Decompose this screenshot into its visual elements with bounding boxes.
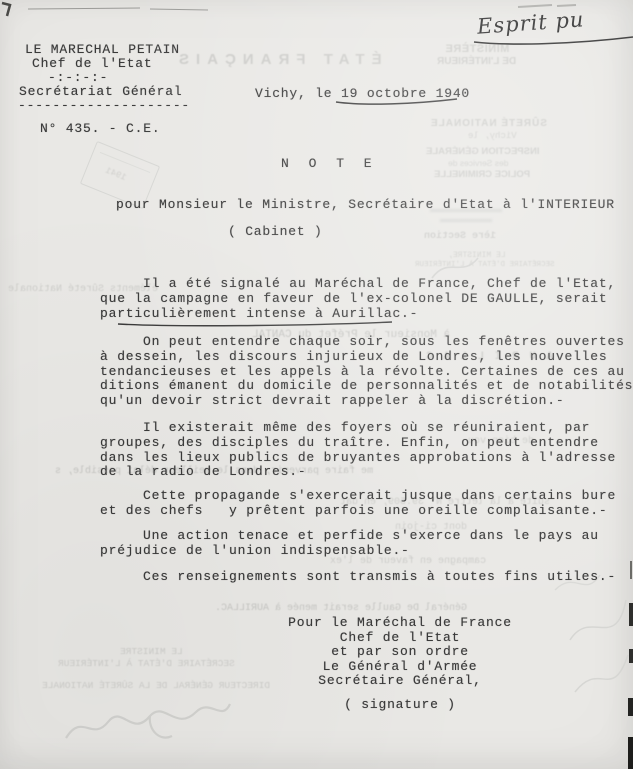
reference-number: N° 435. - C.E. (40, 121, 160, 136)
paragraph-line: Une action tenace et perfide s'exerce da… (100, 529, 599, 544)
paragraph-line: groupes, des disciples du traître. Enfin… (100, 436, 616, 451)
paragraph-line: qu'un devoir strict devrait rappeler à l… (100, 394, 633, 409)
paragraph-line: dans les lieux publics de bruyantes appr… (100, 451, 616, 466)
letterhead-title: Chef de l'Etat (32, 56, 152, 71)
addressee-cabinet: ( Cabinet ) (228, 224, 323, 239)
closing-block: Pour le Maréchal de France Chef de l'Eta… (287, 616, 513, 713)
bleedthrough-signature (66, 704, 230, 738)
bleedthrough-surete: SÛRETÉ NATIONALE (430, 118, 547, 129)
letterhead-separator: -:-:-:- (48, 70, 108, 85)
paragraph-line: de la radio de Londres.- (100, 465, 616, 480)
bleedthrough-scribble (570, 600, 626, 640)
bleedthrough-inspection-line2: des Services de (448, 158, 508, 168)
scan-edge-mark (630, 561, 632, 579)
paragraph-line: à dessein, les discours injurieux de Lon… (100, 350, 633, 365)
closing-line: Pour le Maréchal de France (287, 616, 513, 631)
bleedthrough-ministre-b1: LE MINISTRE (120, 646, 183, 657)
bleedthrough-illegible-bar (440, 219, 492, 222)
paragraph: Ces renseignements sont transmis à toute… (100, 570, 616, 585)
aurillac-underline (118, 322, 392, 326)
paragraph: On peut entendre chaque soir, sous les f… (100, 335, 633, 409)
paragraph-line: On peut entendre chaque soir, sous les f… (100, 335, 633, 350)
addressee-line: pour Monsieur le Ministre, Secrétaire d'… (116, 197, 615, 212)
closing-line: Chef de l'Etat (287, 631, 513, 646)
closing-line: Le Général d'Armée (287, 660, 513, 675)
bleedthrough-section: 1ère Section (424, 231, 496, 242)
bleedthrough-ministry-line1: MINISTÈRE (445, 43, 509, 55)
bleedthrough-ministre-a2: SECRÉTAIRE D'ÉTAT À L'INTÉRIEUR (415, 261, 555, 269)
letterhead-service: Secrétariat Général (19, 84, 182, 99)
bleedthrough-scribble (575, 655, 628, 692)
dateline: Vichy, le 19 octobre 1940 (255, 86, 470, 101)
paragraph-line: particulièrement intense à Aurillac.- (100, 307, 616, 322)
smudge-mark (518, 5, 576, 7)
letterhead-rule: -------------------- (18, 98, 190, 113)
scan-edge-mark (628, 698, 633, 716)
paragraph: Il a été signalé au Maréchal de France, … (100, 277, 616, 321)
paragraph: Une action tenace et perfide s'exerce da… (100, 529, 599, 559)
scan-edge-mark (629, 649, 633, 663)
scan-edge-mark (629, 603, 633, 626)
bleedthrough-ministre-b3: DIRECTEUR GÉNÉRAL DE LA SÛRETÉ NATIONALE (42, 680, 270, 691)
letterhead-sender: LE MARECHAL PETAIN (25, 42, 180, 57)
paragraph-line: et des chefs y prêtent parfois une oreil… (100, 504, 616, 519)
scanned-document-page: MINISTÈRE DE L'INTÉRIEUR ÉTAT FRANÇAIS V… (0, 0, 633, 769)
bleedthrough-stamp-year: 1941 (104, 166, 128, 183)
signature-placeholder: ( signature ) (287, 698, 513, 713)
scan-edge-mark (628, 737, 633, 769)
paragraph-line: ditions émanent du domicile de personnal… (100, 379, 633, 394)
paragraph: Il existerait même des foyers où se réun… (100, 421, 616, 480)
bleedthrough-vichy: Vichy, le (468, 131, 517, 141)
bleedthrough-ministre-a1: LE MINISTRE, (448, 251, 506, 260)
paragraph: Cette propagande s'exercerait jusque dan… (100, 489, 616, 519)
paragraph-line: Ces renseignements sont transmis à toute… (100, 570, 616, 585)
bleedthrough-ministre-b2: SECRÉTAIRE D'ÉTAT À L'INTÉRIEUR (58, 658, 235, 669)
paragraph-line: Cette propagande s'exercerait jusque dan… (100, 489, 616, 504)
bleedthrough-inspection-line1: INSPECTION GÉNÉRALE (426, 146, 540, 157)
bleedthrough-inspection-line3: POLICE CRIMINELLE (434, 169, 530, 180)
closing-line: et par son ordre (287, 645, 513, 660)
paragraph-line: Il existerait même des foyers où se réun… (100, 421, 616, 436)
corner-mark (2, 3, 10, 16)
paragraph-line: Il a été signalé au Maréchal de France, … (100, 277, 616, 292)
closing-line: Secrétaire Général, (287, 674, 513, 689)
document-title: N O T E (281, 156, 378, 171)
paragraph-line: tendancieuses et les appels à la révolte… (100, 365, 633, 380)
paragraph-line: que la campagne en faveur de l'ex-colone… (100, 292, 616, 307)
paragraph-line: préjudice de l'union indispensable.- (100, 544, 599, 559)
scratch-line (28, 8, 208, 10)
bleedthrough-ministry-line2: DE L'INTÉRIEUR (437, 56, 516, 67)
bleedthrough-gaulle: Général De Gaulle serait menée à AURILLA… (215, 603, 467, 614)
bleedthrough-etat-francais: ÉTAT FRANÇAIS (172, 51, 382, 68)
handwritten-annotation: Esprit pu (476, 7, 585, 38)
